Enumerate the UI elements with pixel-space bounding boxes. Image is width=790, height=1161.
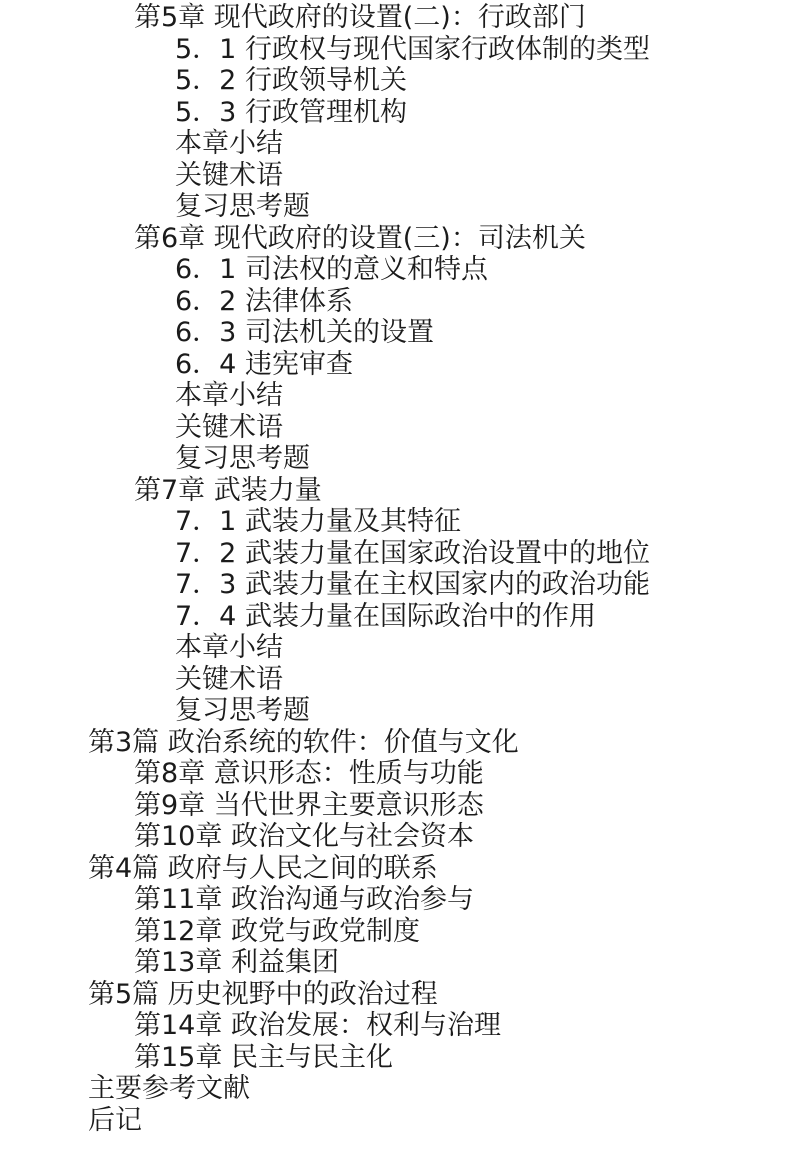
toc-entry: 7．3 武装力量在主权国家内的政治功能	[0, 569, 790, 601]
toc-entry: 本章小结	[0, 128, 790, 160]
toc-entry: 第11章 政治沟通与政治参与	[0, 884, 790, 916]
toc-entry: 6．4 违宪审查	[0, 349, 790, 381]
toc-entry: 第8章 意识形态：性质与功能	[0, 758, 790, 790]
book-page: 第5章 现代政府的设置(二)：行政部门5．1 行政权与现代国家行政体制的类型5．…	[0, 0, 790, 1161]
toc-entry: 第5章 现代政府的设置(二)：行政部门	[0, 2, 790, 34]
toc-entry: 5．1 行政权与现代国家行政体制的类型	[0, 34, 790, 66]
toc-entry: 7．4 武装力量在国际政治中的作用	[0, 601, 790, 633]
toc-entry: 主要参考文献	[0, 1073, 790, 1105]
toc-entry: 第4篇 政府与人民之间的联系	[0, 853, 790, 885]
toc-entry: 第14章 政治发展：权利与治理	[0, 1010, 790, 1042]
toc-entry: 第15章 民主与民主化	[0, 1042, 790, 1074]
toc-entry: 6．1 司法权的意义和特点	[0, 254, 790, 286]
toc-entry: 复习思考题	[0, 443, 790, 475]
toc-entry: 7．2 武装力量在国家政治设置中的地位	[0, 538, 790, 570]
toc-entry: 关键术语	[0, 412, 790, 444]
toc-entry: 5．2 行政领导机关	[0, 65, 790, 97]
toc-entry: 第9章 当代世界主要意识形态	[0, 790, 790, 822]
toc-entry: 第7章 武装力量	[0, 475, 790, 507]
toc-entry: 6．3 司法机关的设置	[0, 317, 790, 349]
toc-entry: 关键术语	[0, 664, 790, 696]
toc-entry: 第12章 政党与政党制度	[0, 916, 790, 948]
toc-entry: 第13章 利益集团	[0, 947, 790, 979]
toc-entry: 第5篇 历史视野中的政治过程	[0, 979, 790, 1011]
toc-entry: 第6章 现代政府的设置(三)：司法机关	[0, 223, 790, 255]
toc-entry: 本章小结	[0, 380, 790, 412]
toc-entry: 7．1 武装力量及其特征	[0, 506, 790, 538]
toc-entry: 复习思考题	[0, 695, 790, 727]
toc-entry: 6．2 法律体系	[0, 286, 790, 318]
toc-list: 第5章 现代政府的设置(二)：行政部门5．1 行政权与现代国家行政体制的类型5．…	[0, 2, 790, 1136]
toc-entry: 后记	[0, 1105, 790, 1137]
toc-entry: 第3篇 政治系统的软件：价值与文化	[0, 727, 790, 759]
toc-entry: 关键术语	[0, 160, 790, 192]
toc-entry: 复习思考题	[0, 191, 790, 223]
toc-entry: 5．3 行政管理机构	[0, 97, 790, 129]
toc-entry: 本章小结	[0, 632, 790, 664]
toc-entry: 第10章 政治文化与社会资本	[0, 821, 790, 853]
